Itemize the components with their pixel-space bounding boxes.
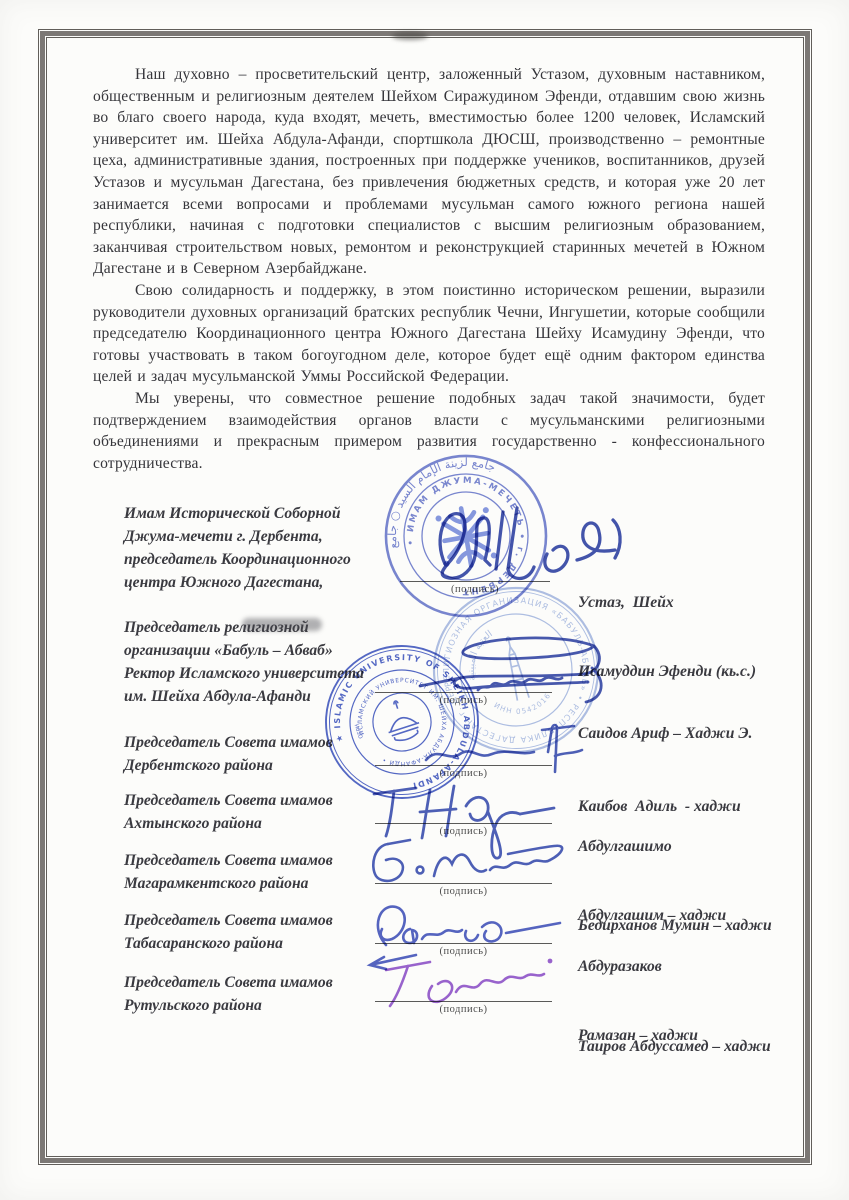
signatory-title-7: Председатель Совета имамов Рутульского р… — [124, 971, 333, 1017]
name-line: Саидов Ариф – Хаджи Э. — [578, 722, 752, 745]
title-line: Табасаранского района — [124, 932, 333, 955]
signatory-title-1: Имам Исторической Соборной Джума-мечети … — [124, 502, 351, 594]
scan-smudge-word — [242, 618, 322, 631]
title-line: Председатель Совета имамов — [124, 849, 333, 872]
title-line: Магарамкентского района — [124, 872, 333, 895]
signatory-title-4: Председатель Совета имамов Ахтынского ра… — [124, 789, 333, 835]
signatory-title-5: Председатель Совета имамов Магарамкентск… — [124, 849, 333, 895]
letter-body: Наш духовно – просветительский центр, за… — [93, 64, 765, 474]
title-line: председатель Координационного — [124, 548, 351, 571]
handwritten-signature-2 — [408, 628, 618, 718]
signatory-title-3: Председатель Совета имамов Дербентского … — [124, 731, 333, 777]
title-line: Ахтынского района — [124, 812, 333, 835]
title-line: центра Южного Дагестана, — [124, 571, 351, 594]
paragraph-1: Наш духовно – просветительский центр, за… — [93, 64, 765, 280]
title-line: Председатель Совета имамов — [124, 789, 333, 812]
title-line: Председатель Совета имамов — [124, 971, 333, 994]
signatory-name-7: Таиров Абдуссамед – хаджи — [578, 989, 771, 1104]
title-line: Председатель Совета имамов — [124, 909, 333, 932]
handwritten-signature-1 — [415, 468, 655, 618]
signatory-title-6: Председатель Совета имамов Табасаранског… — [124, 909, 333, 955]
title-line: Дербентского района — [124, 754, 333, 777]
title-line: Имам Исторической Соборной — [124, 502, 351, 525]
scan-smudge-top — [392, 32, 428, 40]
handwritten-signature-5 — [358, 832, 573, 894]
title-line: Председатель Совета имамов — [124, 731, 333, 754]
title-line: Джума-мечети г. Дербента, — [124, 525, 351, 548]
handwritten-signature-7 — [352, 948, 577, 1010]
name-line: Абдулгашимо — [578, 835, 726, 858]
paragraph-2: Свою солидарность и поддержку, в этом по… — [93, 280, 765, 388]
title-line: Рутульского района — [124, 994, 333, 1017]
scanned-document-page: Наш духовно – просветительский центр, за… — [0, 0, 849, 1200]
name-line: Таиров Абдуссамед – хаджи — [578, 1035, 771, 1058]
name-line: Абдуразаков — [578, 955, 698, 978]
